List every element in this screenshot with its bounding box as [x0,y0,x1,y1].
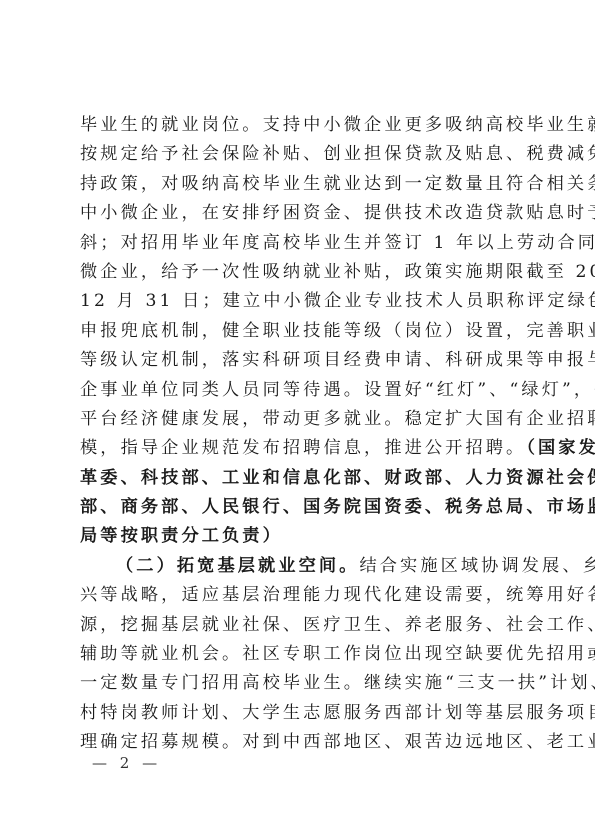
text-line: 毕业生的就业岗位。支持中小微企业更多吸纳高校毕业生就业， [80,111,520,140]
section-heading: （二）拓宽基层就业空间。 [116,556,359,576]
text-line: 斜；对招用毕业年度高校毕业生并签订 1 年以上劳动合同的中小 [80,229,520,258]
text-line: 微企业，给予一次性吸纳就业补贴，政策实施期限截至 2022 年 [80,258,520,287]
text-line: 源，挖掘基层就业社保、医疗卫生、养老服务、社会工作、司法 [80,611,520,640]
text-line: 持政策，对吸纳高校毕业生就业达到一定数量且符合相关条件的 [80,170,520,199]
responsible-departments-note: （国家发展改 [526,438,595,458]
text-line: （二）拓宽基层就业空间。结合实施区域协调发展、乡村振 [80,552,520,581]
text-line: 等级认定机制，落实科研项目经费申请、科研成果等申报与国有 [80,346,520,375]
text-line: 申报兜底机制，健全职业技能等级（岗位）设置，完善职业技能 [80,317,520,346]
text-line: 兴等战略，适应基层治理能力现代化建设需要，统筹用好各方资 [80,581,520,610]
responsible-departments-note: 革委、科技部、工业和信息化部、财政部、人力资源社会保障 [80,464,520,493]
text-segment: 模，指导企业规范发布招聘信息，推进公开招聘。 [80,438,526,458]
text-line: 中小微企业，在安排纾困资金、提供技术改造贷款贴息时予以倾 [80,199,520,228]
text-segment: 结合实施区域协调发展、乡村振 [359,556,595,576]
page-number: — 2 — [92,754,161,772]
responsible-departments-note: 局等按职责分工负责） [80,522,520,551]
responsible-departments-note: 部、商务部、人民银行、国务院国资委、税务总局、市场监管总 [80,493,520,522]
text-line: 一定数量专门招用高校毕业生。继续实施“三支一扶”计划、农 [80,669,520,698]
text-line: 按规定给予社会保险补贴、创业担保贷款及贴息、税费减免等扶 [80,140,520,169]
text-line: 村特岗教师计划、大学生志愿服务西部计划等基层服务项目，合 [80,699,520,728]
text-line: 辅助等就业机会。社区专职工作岗位出现空缺要优先招用或拿出 [80,640,520,669]
text-line: 企事业单位同类人员同等待遇。设置好“红灯”、“绿灯”，促进 [80,376,520,405]
text-line: 12 月 31 日；建立中小微企业专业技术人员职称评定绿色通道和 [80,287,520,316]
text-line: 平台经济健康发展，带动更多就业。稳定扩大国有企业招聘规 [80,405,520,434]
document-page: 毕业生的就业岗位。支持中小微企业更多吸纳高校毕业生就业， 按规定给予社会保险补贴… [0,0,595,822]
text-line: 模，指导企业规范发布招聘信息，推进公开招聘。（国家发展改 [80,434,520,463]
document-body: 毕业生的就业岗位。支持中小微企业更多吸纳高校毕业生就业， 按规定给予社会保险补贴… [80,111,520,758]
